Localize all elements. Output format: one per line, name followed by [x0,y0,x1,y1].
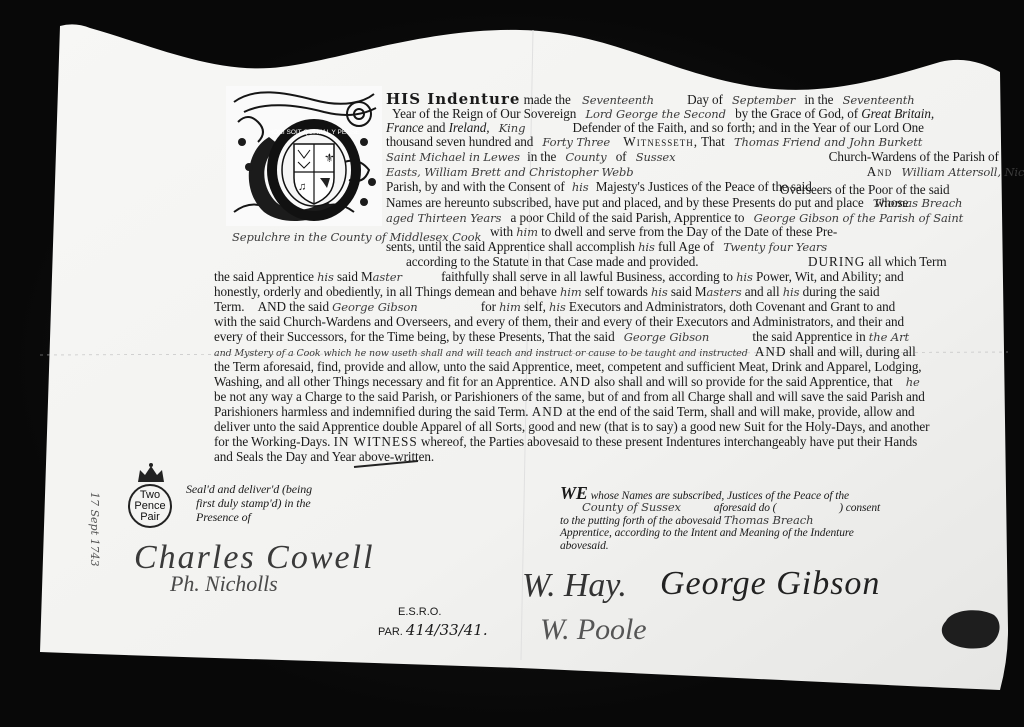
margin-date-note: 17 Sept 1743 [88,492,101,567]
printed-text: self towards [585,284,648,299]
stamp-circle: Two Pence Pair [128,484,172,528]
printed-text: at the end of the said Term, shall and w… [566,404,914,419]
handwritten-text: asters [707,285,742,299]
indenture-line-2: Year of the Reign of Our Sovereign Lord … [392,107,934,121]
stamp-text: Pair [130,512,170,523]
indenture-line-4: thousand seven hundred and Forty Three W… [386,135,922,149]
handwritten-text: his [736,270,753,284]
printed-text: Day of [687,92,723,107]
indenture-line-12b: DURING all which Term [808,255,947,269]
printed-text: full Age of [658,239,714,254]
printed-text: thousand seven hundred and [386,134,533,149]
handwritten-term-age: Twenty four Years [723,240,827,254]
printed-text: for [481,299,496,314]
printed-text: IN WITNESS [334,434,418,449]
handwritten-year: Forty Three [542,135,610,149]
royal-coat-of-arms-icon: ⚜ ♫ HONI SOIT QUI MAL Y PENSE [224,82,384,232]
justices-line-4: Apprentice, according to the Intent and … [560,526,854,540]
printed-text: whereof, the Parties abovesaid to these … [421,434,917,449]
handwritten-trade-clause: and Mystery of a Cook which he now useth… [214,348,748,359]
indenture-line-12: according to the Statute in that Case ma… [406,255,699,269]
printed-text: be not any way a Charge to the said Pari… [214,389,925,404]
handwritten-month: September [732,93,795,107]
printed-text: Power, Wit, and Ability; and [756,269,904,284]
printed-text: to dwell and serve from the Day of the D… [541,224,837,239]
printed-text: Church-Wardens of the Parish of [829,149,999,164]
witness-signature-2: Ph. Nicholls [170,572,278,596]
printed-text: said M [671,284,707,299]
handwritten-master: George Gibson of the Parish of Saint [754,211,964,225]
printed-text: ) consent [839,502,880,514]
printed-text: with the said Church-Wardens and Oversee… [214,314,904,329]
printed-text: AND [559,374,591,389]
handwritten-regnal-year: Seventeenth [843,93,915,107]
indenture-line-15: Term. AND the said George Gibson for him… [214,300,895,314]
handwritten-text: the Art [869,330,909,344]
indenture-line-17: every of their Successors, for the Time … [214,330,909,344]
handwritten-overseers: Easts, William Brett and Christopher Web… [386,165,634,179]
indenture-line-1: HIS Indenture made the Seventeenth Day o… [386,92,915,107]
indenture-line-7: Parish, by and with the Consent of his M… [386,180,812,194]
handwritten-text: him [516,225,538,239]
svg-text:♫: ♫ [298,181,306,193]
printed-text: faithfully shall serve in all lawful Bus… [441,269,733,284]
handwritten-text: his [549,300,566,314]
printed-text: AND [755,344,787,359]
handwritten-text: him [499,300,521,314]
printed-text: said M [337,269,373,284]
indenture-line-23: deliver unto the said Apprentice double … [214,420,929,434]
indenture-line-8-whose: whose [875,196,908,210]
sealed-text-line-1: Seal'd and deliver'd (being [186,482,312,496]
printed-text: Term. [214,299,244,314]
printed-text: whose [875,195,908,210]
handwritten-text: he [906,375,920,389]
printed-text: and all [745,284,780,299]
indenture-line-3: France and Ireland, King Defender of the… [386,121,924,135]
printed-text: with [490,224,513,239]
wax-seal-icon [940,607,1002,649]
printed-text: the Term aforesaid, find, provide and al… [214,359,922,374]
printed-text: Defender of the Faith, and so forth; and… [573,120,924,135]
handwritten-sovereign: Lord George the Second [585,107,725,121]
printed-text: during the said [803,284,880,299]
printed-text: DURING [808,254,865,269]
printed-text: Year of the Reign of Our Sovereign [392,106,576,121]
printed-text: France [386,120,423,135]
indenture-line-22: Parishioners harmless and indemnified du… [214,405,914,419]
printed-text: AND [532,404,564,419]
handwritten-master-name: George Gibson [624,330,709,344]
justice-signature-hay: W. Hay. [522,568,627,604]
printed-text: AND the said [258,299,329,314]
printed-text: also shall and will so provide for the s… [594,374,892,389]
indenture-line-20: Washing, and all other Things necessary … [214,375,920,389]
handwritten-master-name: George Gibson [332,300,417,314]
printed-text: a poor Child of the said Parish, Apprent… [511,210,745,225]
printed-text: self, [524,299,546,314]
printed-text: deliver unto the said Apprentice double … [214,419,929,434]
handwritten-overseers: William Attersoll, Nicolas [901,165,1024,179]
printed-text: according to the Statute in that Case ma… [406,254,699,269]
handwritten-apprentice-name: Thomas Breach [724,513,813,527]
handwritten-county: County of Sussex [582,500,681,514]
crown-icon [136,462,166,484]
indenture-line-11: sents, until the said Apprentice shall a… [386,240,827,254]
printed-text: That [701,134,725,149]
printed-text: the said Apprentice [214,269,314,284]
printed-text: shall and will, during all [790,344,916,359]
printed-text: in the [527,149,556,164]
sealed-text-line-2: first duly stamp'd) in the [196,496,311,510]
handwritten-text: aster [373,270,402,284]
duty-stamp: Two Pence Pair [128,462,174,534]
printed-text: And [867,164,893,179]
indenture-line-24: for the Working-Days. IN WITNESS whereof… [214,435,917,449]
printed-text: Great Britain, [861,106,934,121]
handwritten-text: his [572,180,589,194]
handwritten-day: Seventeenth [582,93,654,107]
handwritten-text: his [638,240,655,254]
archive-number: 414/33/41. [406,621,488,639]
handwritten-text: him [560,285,582,299]
pen-stroke [352,459,422,469]
printed-text: of [616,149,627,164]
indenture-line-21: be not any way a Charge to the said Pari… [214,390,925,404]
printed-text: Parishioners harmless and indemnified du… [214,404,529,419]
master-signature-gibson: George Gibson [660,566,880,602]
indenture-line-5: Saint Michael in Lewes in the County of … [386,150,999,164]
printed-text: for the Working-Days. [214,434,330,449]
indenture-line-13: the said Apprentice his said Master fait… [214,270,904,284]
handwritten-text: his [317,270,334,284]
printed-text: Names are hereunto subscribed, have put … [386,195,864,210]
decorative-initial: ⚜ ♫ HONI SOIT QUI MAL Y PENSE [224,82,384,232]
handwritten-age: aged Thirteen Years [386,211,501,225]
printed-text: the said Apprentice in [752,329,865,344]
printed-text: in the [804,92,833,107]
printed-text: Washing, and all other Things necessary … [214,374,556,389]
garter-motto: HONI SOIT QUI MAL Y PENSE [268,129,360,136]
indenture-line-10: with him to dwell and serve from the Day… [490,225,837,239]
indenture-line-16: with the said Church-Wardens and Oversee… [214,315,904,329]
printed-text: made the [524,92,571,107]
svg-text:⚜: ⚜ [324,151,335,165]
archive-prefix: PAR. [378,626,403,638]
printed-text: Parish, by and with the Consent of [386,179,565,194]
printed-text: all which Term [869,254,947,269]
printed-text: every of their Successors, for the Time … [214,329,615,344]
handwritten-text: his [783,285,800,299]
printed-text: Witnesseth, [623,134,698,149]
printed-text: sents, until the said Apprentice shall a… [386,239,635,254]
sealed-text-line-3: Presence of [196,510,251,524]
printed-text: honestly, orderly and obediently, in all… [214,284,557,299]
handwritten-text: County [565,150,606,164]
indenture-line-14: honestly, orderly and obediently, in all… [214,285,880,299]
archive-reference: PAR. 414/33/41. [378,621,488,639]
printed-text: by the Grace of God, of [735,106,858,121]
archive-label: E.S.R.O. [398,606,441,618]
handwritten-county: Sussex [636,150,676,164]
handwritten-parish: Saint Michael in Lewes [386,150,520,164]
indenture-line-6: Easts, William Brett and Christopher Web… [386,165,1024,179]
printed-text: Executors and Administrators, doth Coven… [569,299,895,314]
justice-signature-poole: W. Poole [540,614,646,646]
handwritten-text: his [651,285,668,299]
handwritten-churchwardens: Thomas Friend and John Burkett [734,135,922,149]
indenture-line-19: the Term aforesaid, find, provide and al… [214,360,922,374]
printed-text: Ireland, [449,120,490,135]
indenture-line-9: aged Thirteen Years a poor Child of the … [386,211,963,225]
printed-text: and [427,120,446,135]
justices-line-5: abovesaid. [560,539,609,553]
handwritten-title: King [499,121,526,135]
